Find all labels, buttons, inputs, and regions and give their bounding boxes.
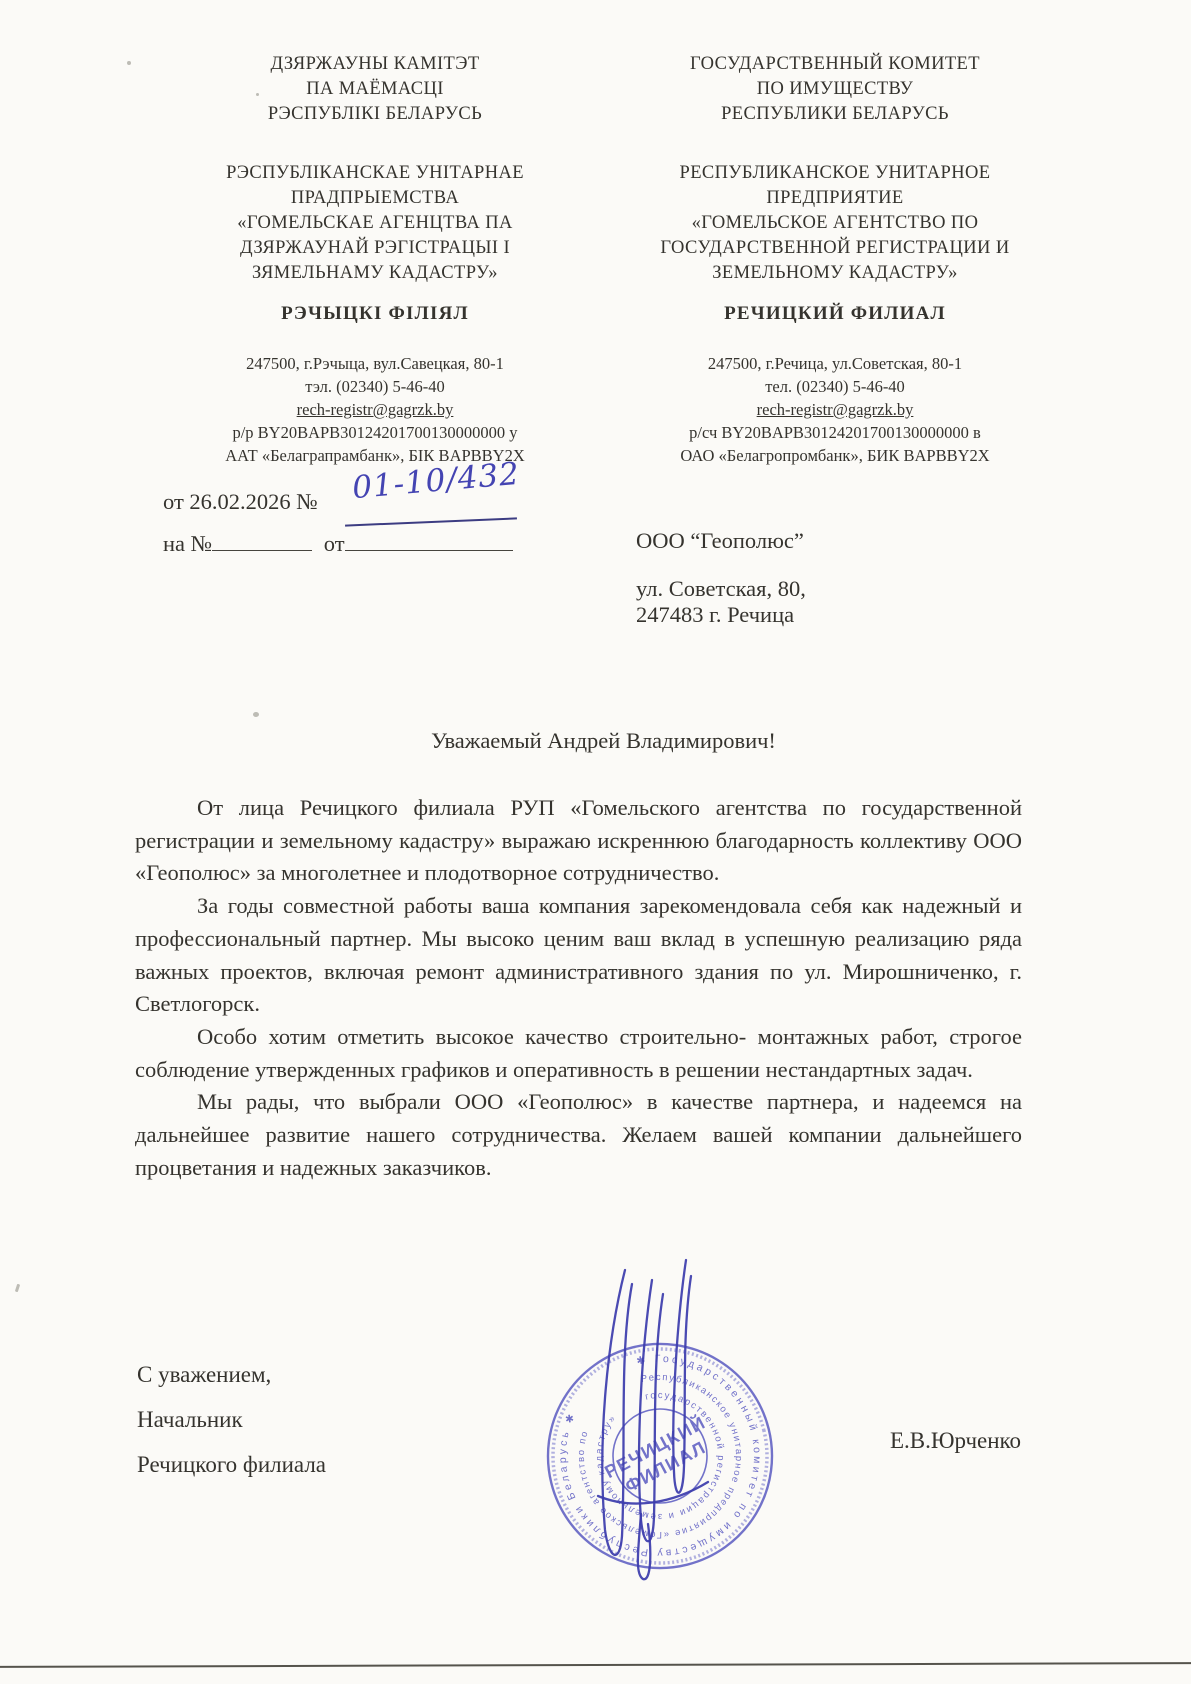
outgoing-date-label: от 26.02.2026 №	[163, 489, 318, 514]
letterhead-right-enterprise: РЕСПУБЛИКАНСКОЕ УНИТАРНОЕ ПРЕДПРИЯТИЕ «Г…	[595, 161, 1075, 286]
committee-name-line: ДЗЯРЖАУНЫ КАМІТЭТ	[140, 52, 610, 77]
incoming-date-label: от	[324, 531, 345, 556]
letter-body: От лица Речицкого филиала РУП «Гомельско…	[135, 792, 1022, 1184]
enterprise-name-line: РЕСПУБЛИКАНСКОЕ УНИТАРНОЕ	[595, 161, 1075, 186]
signer-name: Е.В.Юрченко	[890, 1428, 1021, 1454]
paragraph: Особо хотим отметить высокое качество ст…	[135, 1021, 1022, 1086]
incoming-number-label: на №	[163, 531, 212, 556]
scan-speck	[127, 61, 131, 65]
paragraph: За годы совместной работы ваша компания …	[135, 890, 1022, 1021]
branch-name: РЭЧЫЦКІ ФІЛІЯЛ	[140, 303, 610, 325]
postal-address: 247500, г.Рэчыца, вул.Савецкая, 80-1	[140, 352, 610, 375]
signature-block: С уважением, Начальник Речицкого филиала	[137, 1352, 326, 1487]
postal-address: 247500, г.Речица, ул.Советская, 80-1	[595, 352, 1075, 375]
letterhead-left-contacts: 247500, г.Рэчыца, вул.Савецкая, 80-1 тэл…	[140, 352, 610, 467]
committee-name-line: ПА МАЁМАСЦІ	[140, 77, 610, 102]
recipient-company: ООО “Геополюс”	[636, 528, 804, 554]
incoming-reference-line: на № от	[163, 524, 513, 564]
enterprise-name-line: ЗЕМЕЛЬНОМУ КАДАСТРУ»	[595, 261, 1075, 286]
scan-speck	[15, 1284, 20, 1293]
letterhead-left: ДЗЯРЖАУНЫ КАМІТЭТ ПА МАЁМАСЦІ РЭСПУБЛІКІ…	[140, 52, 610, 127]
enterprise-name-line: «ГОМЕЛЬСКАЕ АГЕНЦТВА ПА	[140, 211, 610, 236]
enterprise-name-line: ПРЕДПРИЯТИЕ	[595, 186, 1075, 211]
signer-title-line: Начальник	[137, 1397, 326, 1442]
email-address: rech-registr@gagrzk.by	[140, 398, 610, 421]
enterprise-name-line: ДЗЯРЖАУНАЙ РЭГІСТРАЦЫІ І	[140, 236, 610, 261]
incoming-date-blank	[345, 526, 513, 551]
letterhead-right: ГОСУДАРСТВЕННЫЙ КОМИТЕТ ПО ИМУЩЕСТВУ РЕС…	[595, 52, 1075, 127]
enterprise-name-line: ЗЯМЕЛЬНАМУ КАДАСТРУ»	[140, 261, 610, 286]
branch-name: РЕЧИЦКИЙ ФИЛИАЛ	[595, 303, 1075, 325]
paragraph: Мы рады, что выбрали ООО «Геополюс» в ка…	[135, 1086, 1022, 1184]
salutation: Уважаемый Андрей Владимирович!	[160, 728, 1047, 754]
bank-account: р/сч BY20BAPB30124201700130000000 в	[595, 421, 1075, 444]
letterhead-right-contacts: 247500, г.Речица, ул.Советская, 80-1 тел…	[595, 352, 1075, 467]
committee-name-line: РЕСПУБЛИКИ БЕЛАРУСЬ	[595, 102, 1075, 127]
committee-name-line: ГОСУДАРСТВЕННЫЙ КОМИТЕТ	[595, 52, 1075, 77]
scan-edge-line	[0, 1662, 1191, 1668]
enterprise-name-line: «ГОМЕЛЬСКОЕ АГЕНТСТВО ПО	[595, 211, 1075, 236]
email-address: rech-registr@gagrzk.by	[595, 398, 1075, 421]
bank-name: ОАО «Белагропромбанк», БИК BAPBBY2X	[595, 444, 1075, 467]
closing-phrase: С уважением,	[137, 1352, 326, 1397]
enterprise-name-line: ПРАДПРЫЕМСТВА	[140, 186, 610, 211]
bank-name: ААТ «Белаграпрамбанк», БІК BAPBBY2X	[140, 444, 610, 467]
scan-speck	[256, 93, 259, 96]
scan-speck	[253, 712, 259, 717]
recipient-city: 247483 г. Речица	[636, 602, 794, 628]
phone-number: тэл. (02340) 5-46-40	[140, 375, 610, 398]
enterprise-name-line: ГОСУДАРСТВЕННОЙ РЕГИСТРАЦИИ И	[595, 236, 1075, 261]
paragraph: От лица Речицкого филиала РУП «Гомельско…	[135, 792, 1022, 890]
incoming-number-blank	[212, 526, 312, 551]
committee-name-line: РЭСПУБЛІКІ БЕЛАРУСЬ	[140, 102, 610, 127]
signer-title-line: Речицкого филиала	[137, 1442, 326, 1487]
reference-block: от 26.02.2026 №	[163, 482, 318, 522]
letterhead-left-enterprise: РЭСПУБЛІКАНСКАЕ УНІТАРНАЕ ПРАДПРЫЕМСТВА …	[140, 161, 610, 286]
handwritten-signature	[540, 1252, 750, 1587]
scanned-letter-page: ДЗЯРЖАУНЫ КАМІТЭТ ПА МАЁМАСЦІ РЭСПУБЛІКІ…	[0, 0, 1191, 1684]
committee-name-line: ПО ИМУЩЕСТВУ	[595, 77, 1075, 102]
bank-account: р/р BY20BAPB30124201700130000000 у	[140, 421, 610, 444]
enterprise-name-line: РЭСПУБЛІКАНСКАЕ УНІТАРНАЕ	[140, 161, 610, 186]
recipient-street: ул. Советская, 80,	[636, 576, 806, 602]
phone-number: тел. (02340) 5-46-40	[595, 375, 1075, 398]
